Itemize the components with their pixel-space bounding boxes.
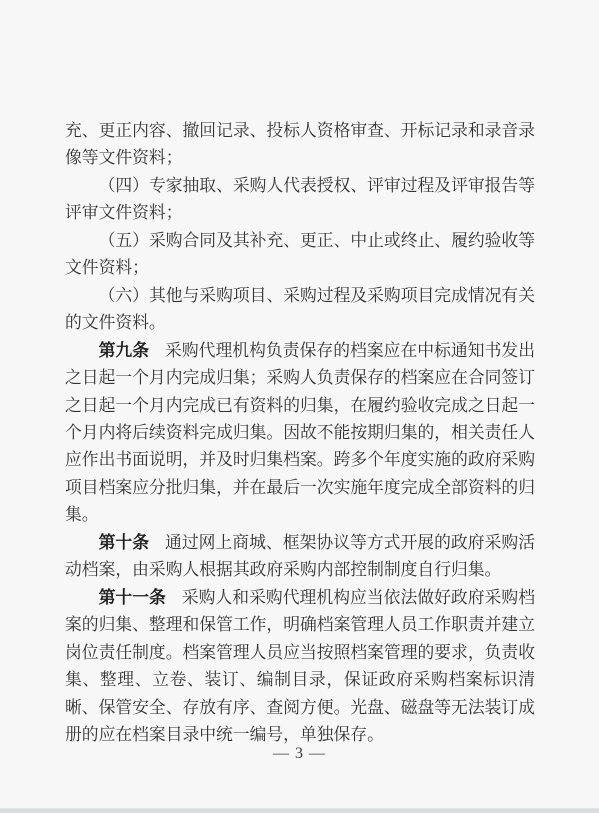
paragraph-item-5: （五）采购合同及其补充、更正、中止或终止、履约验收等文件资料； — [65, 227, 535, 282]
paragraph-text: （四）专家抽取、采购人代表授权、评审过程及评审报告等评审文件资料； — [65, 176, 535, 222]
scan-edge-strip — [0, 808, 599, 813]
page-footer: — 3 — — [0, 744, 599, 764]
paragraph-item-4: （四）专家抽取、采购人代表授权、评审过程及评审报告等评审文件资料； — [65, 172, 535, 227]
paragraph-text: 充、更正内容、撤回记录、投标人资格审查、开标记录和录音录像等文件资料； — [65, 121, 535, 167]
article-number: 第十一条 — [99, 588, 166, 607]
paragraph-continuation: 充、更正内容、撤回记录、投标人资格审查、开标记录和录音录像等文件资料； — [65, 117, 535, 172]
paragraph-article-11: 第十一条采购人和采购代理机构应当依法做好政府采购档案的归集、整理和保管工作，明确… — [65, 584, 535, 749]
document-body: 充、更正内容、撤回记录、投标人资格审查、开标记录和录音录像等文件资料； （四）专… — [65, 117, 535, 748]
paragraph-item-6: （六）其他与采购项目、采购过程及采购项目完成情况有关的文件资料。 — [65, 282, 535, 337]
paragraph-text: （五）采购合同及其补充、更正、中止或终止、履约验收等文件资料； — [65, 231, 535, 277]
article-number: 第九条 — [99, 341, 149, 360]
page-number: — 3 — — [273, 745, 326, 762]
paragraph-article-9: 第九条采购代理机构负责保存的档案应在中标通知书发出之日起一个月内完成归集；采购人… — [65, 337, 535, 529]
document-page: 充、更正内容、撤回记录、投标人资格审查、开标记录和录音录像等文件资料； （四）专… — [0, 0, 599, 813]
article-number: 第十条 — [99, 533, 149, 552]
paragraph-text: 采购人和采购代理机构应当依法做好政府采购档案的归集、整理和保管工作，明确档案管理… — [65, 588, 535, 744]
paragraph-text: 采购代理机构负责保存的档案应在中标通知书发出之日起一个月内完成归集；采购人负责保… — [65, 341, 535, 525]
paragraph-text: （六）其他与采购项目、采购过程及采购项目完成情况有关的文件资料。 — [65, 286, 535, 332]
paragraph-article-10: 第十条通过网上商城、框架协议等方式开展的政府采购活动档案，由采购人根据其政府采购… — [65, 529, 535, 584]
